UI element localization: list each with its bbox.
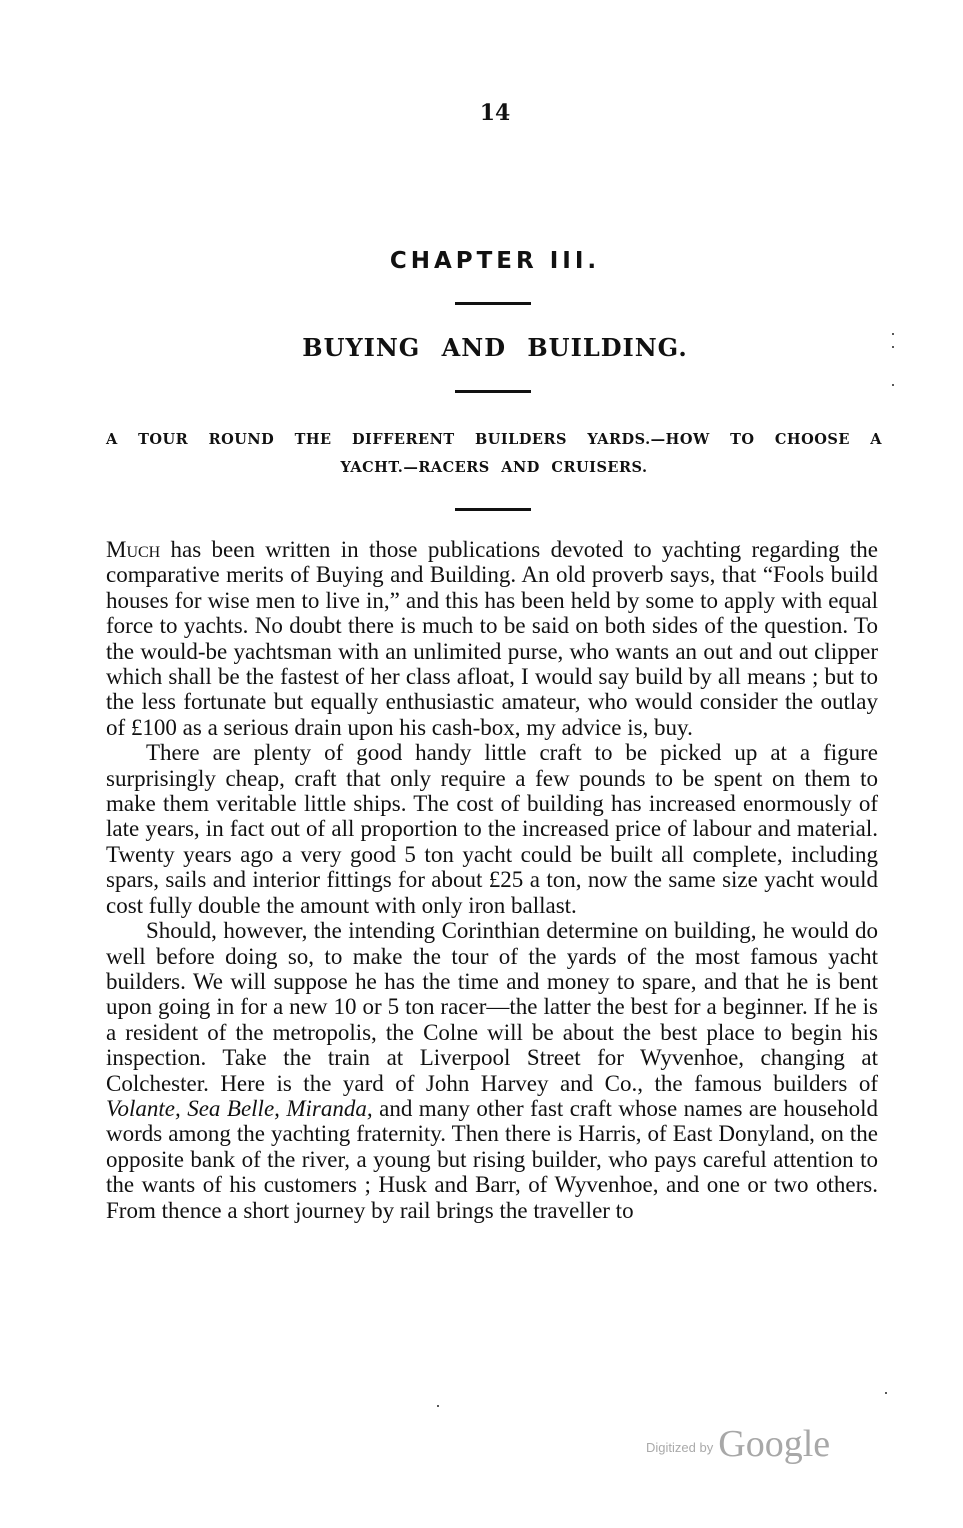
drop-lead: Much	[106, 537, 160, 562]
summary-line-1: A TOUR ROUND THE DIFFERENT BUILDERS YARD…	[106, 426, 882, 454]
paragraph-3: Should, however, the intending Corinthia…	[106, 918, 878, 1223]
watermark-prefix: Digitized by	[646, 1440, 713, 1455]
scan-speck	[437, 1405, 439, 1407]
scan-speck	[885, 1392, 887, 1394]
chapter-heading: CHAPTER III.	[0, 248, 963, 274]
divider-rule	[455, 302, 531, 305]
scan-speck	[892, 384, 894, 386]
divider-rule	[455, 390, 531, 393]
scan-speck	[892, 333, 894, 335]
paragraph-2: There are plenty of good handy little cr…	[106, 740, 878, 918]
divider-rule	[455, 508, 531, 511]
google-watermark: Digitized by Google	[646, 1422, 830, 1466]
summary-line-2: YACHT.—RACERS AND CRUISERS.	[340, 459, 647, 476]
body-text: Much has been written in those publicati…	[106, 537, 878, 1223]
yacht-names: Volante, Sea Belle, Miranda,	[106, 1096, 373, 1121]
scan-speck	[892, 346, 894, 348]
chapter-title: BUYING AND BUILDING.	[0, 333, 963, 362]
paragraph-1: Much has been written in those publicati…	[106, 537, 878, 740]
page-number: 14	[0, 100, 963, 126]
google-logo: Google	[718, 1423, 830, 1465]
chapter-summary: A TOUR ROUND THE DIFFERENT BUILDERS YARD…	[106, 426, 882, 482]
